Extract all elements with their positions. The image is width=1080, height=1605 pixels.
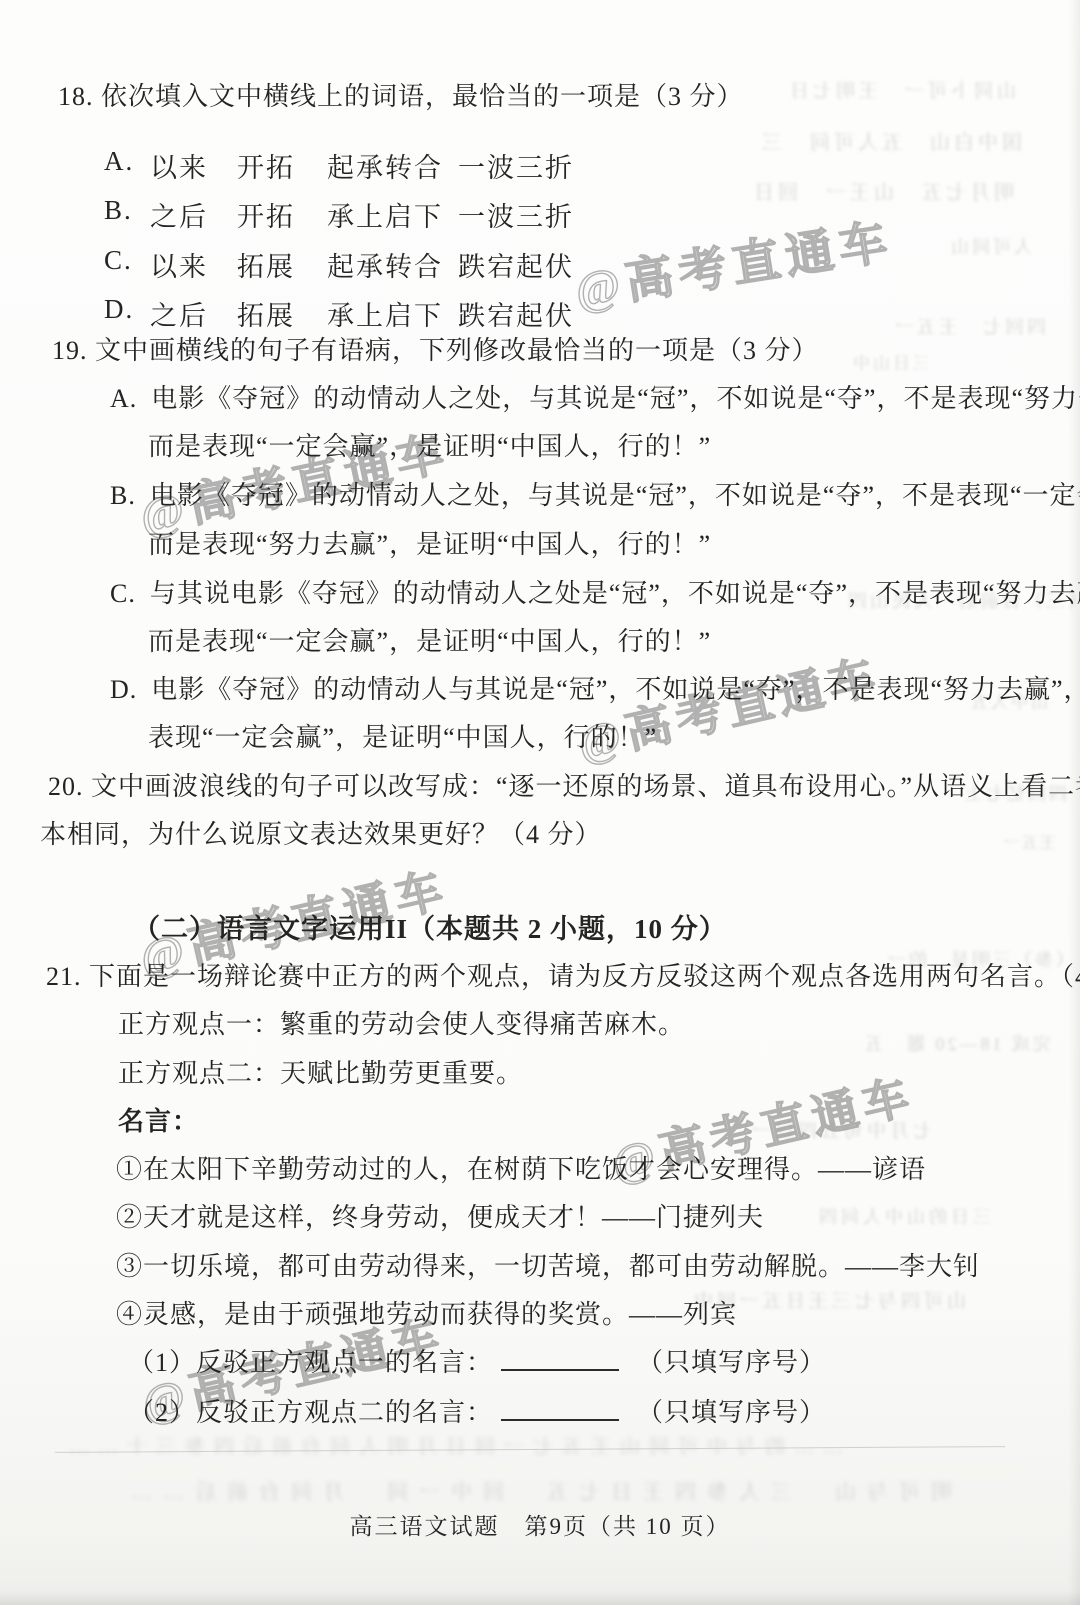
blank-pre-text: （1）反驳正方观点一的名言： — [128, 1348, 493, 1377]
bleedthrough-text: 完成 18—20 题 五 — [862, 1030, 1051, 1056]
blank-post-text: （只填写序号） — [637, 1348, 826, 1377]
q21-blank-line-1: （1）反驳正方观点一的名言：（只填写序号） — [128, 1346, 826, 1380]
option-word: 起承转合 — [327, 146, 443, 185]
q20-line1: 20. 文中画波浪线的句子可以改写成：“逐一还原的场景、道具布设用心。”从语义上… — [48, 770, 1080, 804]
option-word: 之后 — [150, 195, 208, 234]
q19-stem: 19. 文中画横线的句子有语病，下列修改最恰当的一项是（3 分） — [52, 334, 819, 368]
option-word: 一波三折 — [458, 195, 574, 234]
q19-option-d-line1: D.电影《夺冠》的动情动人与其说是“冠”，不如说是“夺”，不是表现“努力去赢”，… — [110, 673, 1080, 707]
option-text: 与其说电影《夺冠》的动情动人之处是“冠”，不如说是“夺”，不是表现“努力去赢”， — [150, 579, 1080, 608]
option-text: 电影《夺冠》的动情动人之处，与其说是“冠”，不如说是“夺”，不是表现“努力去赢”… — [151, 384, 1080, 413]
bleedthrough-text: 王五一 — [1002, 830, 1056, 853]
bleedthrough-text: ……的与中可同山王五七一回日月明人问台前后四参三十…… — [60, 1430, 843, 1459]
q21-quotes-label: 名言： — [118, 1105, 199, 1139]
q19-option-a-line2: 而是表现“一定会赢”，是证明“中国人，行的！” — [148, 430, 711, 464]
page-edge-shadow-right — [1068, 0, 1080, 1605]
q21-blank-line-2: （2）反驳正方观点二的名言：（只填写序号） — [128, 1396, 826, 1430]
q19-option-b-line1: B.电影《夺冠》的动情动人之处，与其说是“冠”，不如说是“夺”，不是表现“一定会… — [110, 479, 1080, 513]
q20-line2: 本相同，为什么说原文表达效果更好？（4 分） — [40, 818, 602, 852]
bleedthrough-text: 山同卜可一 王明七日 — [786, 76, 1016, 103]
blank-pre-text: （2）反驳正方观点二的名言： — [128, 1398, 493, 1427]
option-word: 起承转合 — [327, 245, 443, 284]
q19-option-b-line2: 而是表现“努力去赢”，是证明“中国人，行的！” — [148, 528, 711, 562]
answer-blank — [501, 1355, 619, 1371]
q21-quote-4: ④灵感，是由于顽强地劳动而获得的奖赏。——列宾 — [116, 1298, 737, 1332]
q18-option-a: A. 以来 开拓 起承转合 一波三折 — [0, 146, 1080, 182]
option-word: 之后 — [150, 294, 208, 333]
option-label: A. — [110, 384, 137, 413]
q21-quote-1: ①在太阳下辛勤劳动过的人，在树荫下吃饭才会心安理得。——谚语 — [116, 1153, 926, 1187]
option-word: 以来 — [150, 245, 208, 284]
option-word: 跌宕起伏 — [458, 294, 574, 333]
bleedthrough-text: 三日的山中人问四 — [815, 1203, 991, 1229]
option-label: B. — [110, 481, 136, 510]
q19-option-a-line1: A.电影《夺冠》的动情动人之处，与其说是“冠”，不如说是“夺”，不是表现“努力去… — [110, 382, 1080, 416]
option-text: 电影《夺冠》的动情动人与其说是“冠”，不如说是“夺”，不是表现“努力去赢”，而是 — [151, 675, 1080, 704]
q18-option-c: C. 以来 拓展 起承转合 跌宕起伏 — [0, 245, 1080, 281]
q21-viewpoint-1: 正方观点一：繁重的劳动会使人变得痛苦麻木。 — [118, 1008, 685, 1042]
page-footer: 高三语文试题 第9页（共 10 页） — [0, 1508, 1080, 1541]
section2-heading: （二）语言文字运用II（本题共 2 小题，10 分） — [133, 912, 727, 946]
option-text: 电影《夺冠》的动情动人之处，与其说是“冠”，不如说是“夺”，不是表现“一定会赢”… — [150, 481, 1080, 510]
q19-option-c-line2: 而是表现“一定会赢”，是证明“中国人，行的！” — [148, 625, 711, 659]
option-label: A. — [104, 146, 134, 177]
q21-stem: 21. 下面是一场辩论赛中正方的两个观点，请为反方反驳这两个观点各选用两句名言。… — [46, 960, 1080, 994]
q21-viewpoint-2: 正方观点二：天赋比勤劳更重要。 — [118, 1057, 523, 1091]
option-label: C. — [104, 245, 133, 276]
bleedthrough-text: 三日山中 — [850, 349, 930, 374]
option-word: 跌宕起伏 — [458, 245, 574, 284]
blank-post-text: （只填写序号） — [637, 1398, 826, 1427]
q21-quote-2: ②天才就是这样，终身劳动，便成天才！——门捷列夫 — [116, 1201, 764, 1235]
bleedthrough-text: 明可与山 三人参四王日七五 回中一同 月问台前后…… — [120, 1476, 952, 1506]
option-label: D. — [110, 675, 137, 704]
q18-stem: 18. 依次填入文中横线上的词语，最恰当的一项是（3 分） — [58, 80, 744, 114]
option-word: 拓展 — [237, 294, 295, 333]
option-word: 开拓 — [237, 195, 295, 234]
option-word: 以来 — [150, 146, 208, 185]
answer-blank — [501, 1405, 619, 1421]
q19-option-c-line1: C.与其说电影《夺冠》的动情动人之处是“冠”，不如说是“夺”，不是表现“努力去赢… — [110, 577, 1080, 611]
option-label: D. — [104, 294, 134, 325]
option-label: B. — [104, 195, 133, 226]
option-label: C. — [110, 579, 136, 608]
q18-option-d: D. 之后 拓展 承上启下 跌宕起伏 — [0, 294, 1080, 330]
q19-option-d-line2: 表现“一定会赢”，是证明“中国人，行的！” — [148, 721, 657, 755]
q18-option-b: B. 之后 开拓 承上启下 一波三折 — [0, 195, 1080, 231]
option-word: 一波三折 — [458, 146, 574, 185]
q21-quote-3: ③一切乐境，都可由劳动得来，一切苦境，都可由劳动解脱。——李大钊 — [116, 1250, 980, 1284]
option-word: 承上启下 — [327, 195, 443, 234]
exam-page: 山同卜可一 王明七日 国中白山 五人可问 三 明月七五 山王一 回日 人可同山 … — [0, 0, 1080, 1605]
option-word: 开拓 — [237, 146, 295, 185]
option-word: 拓展 — [237, 245, 295, 284]
page-edge-shadow-bottom — [0, 1591, 1080, 1605]
option-word: 承上启下 — [327, 294, 443, 333]
